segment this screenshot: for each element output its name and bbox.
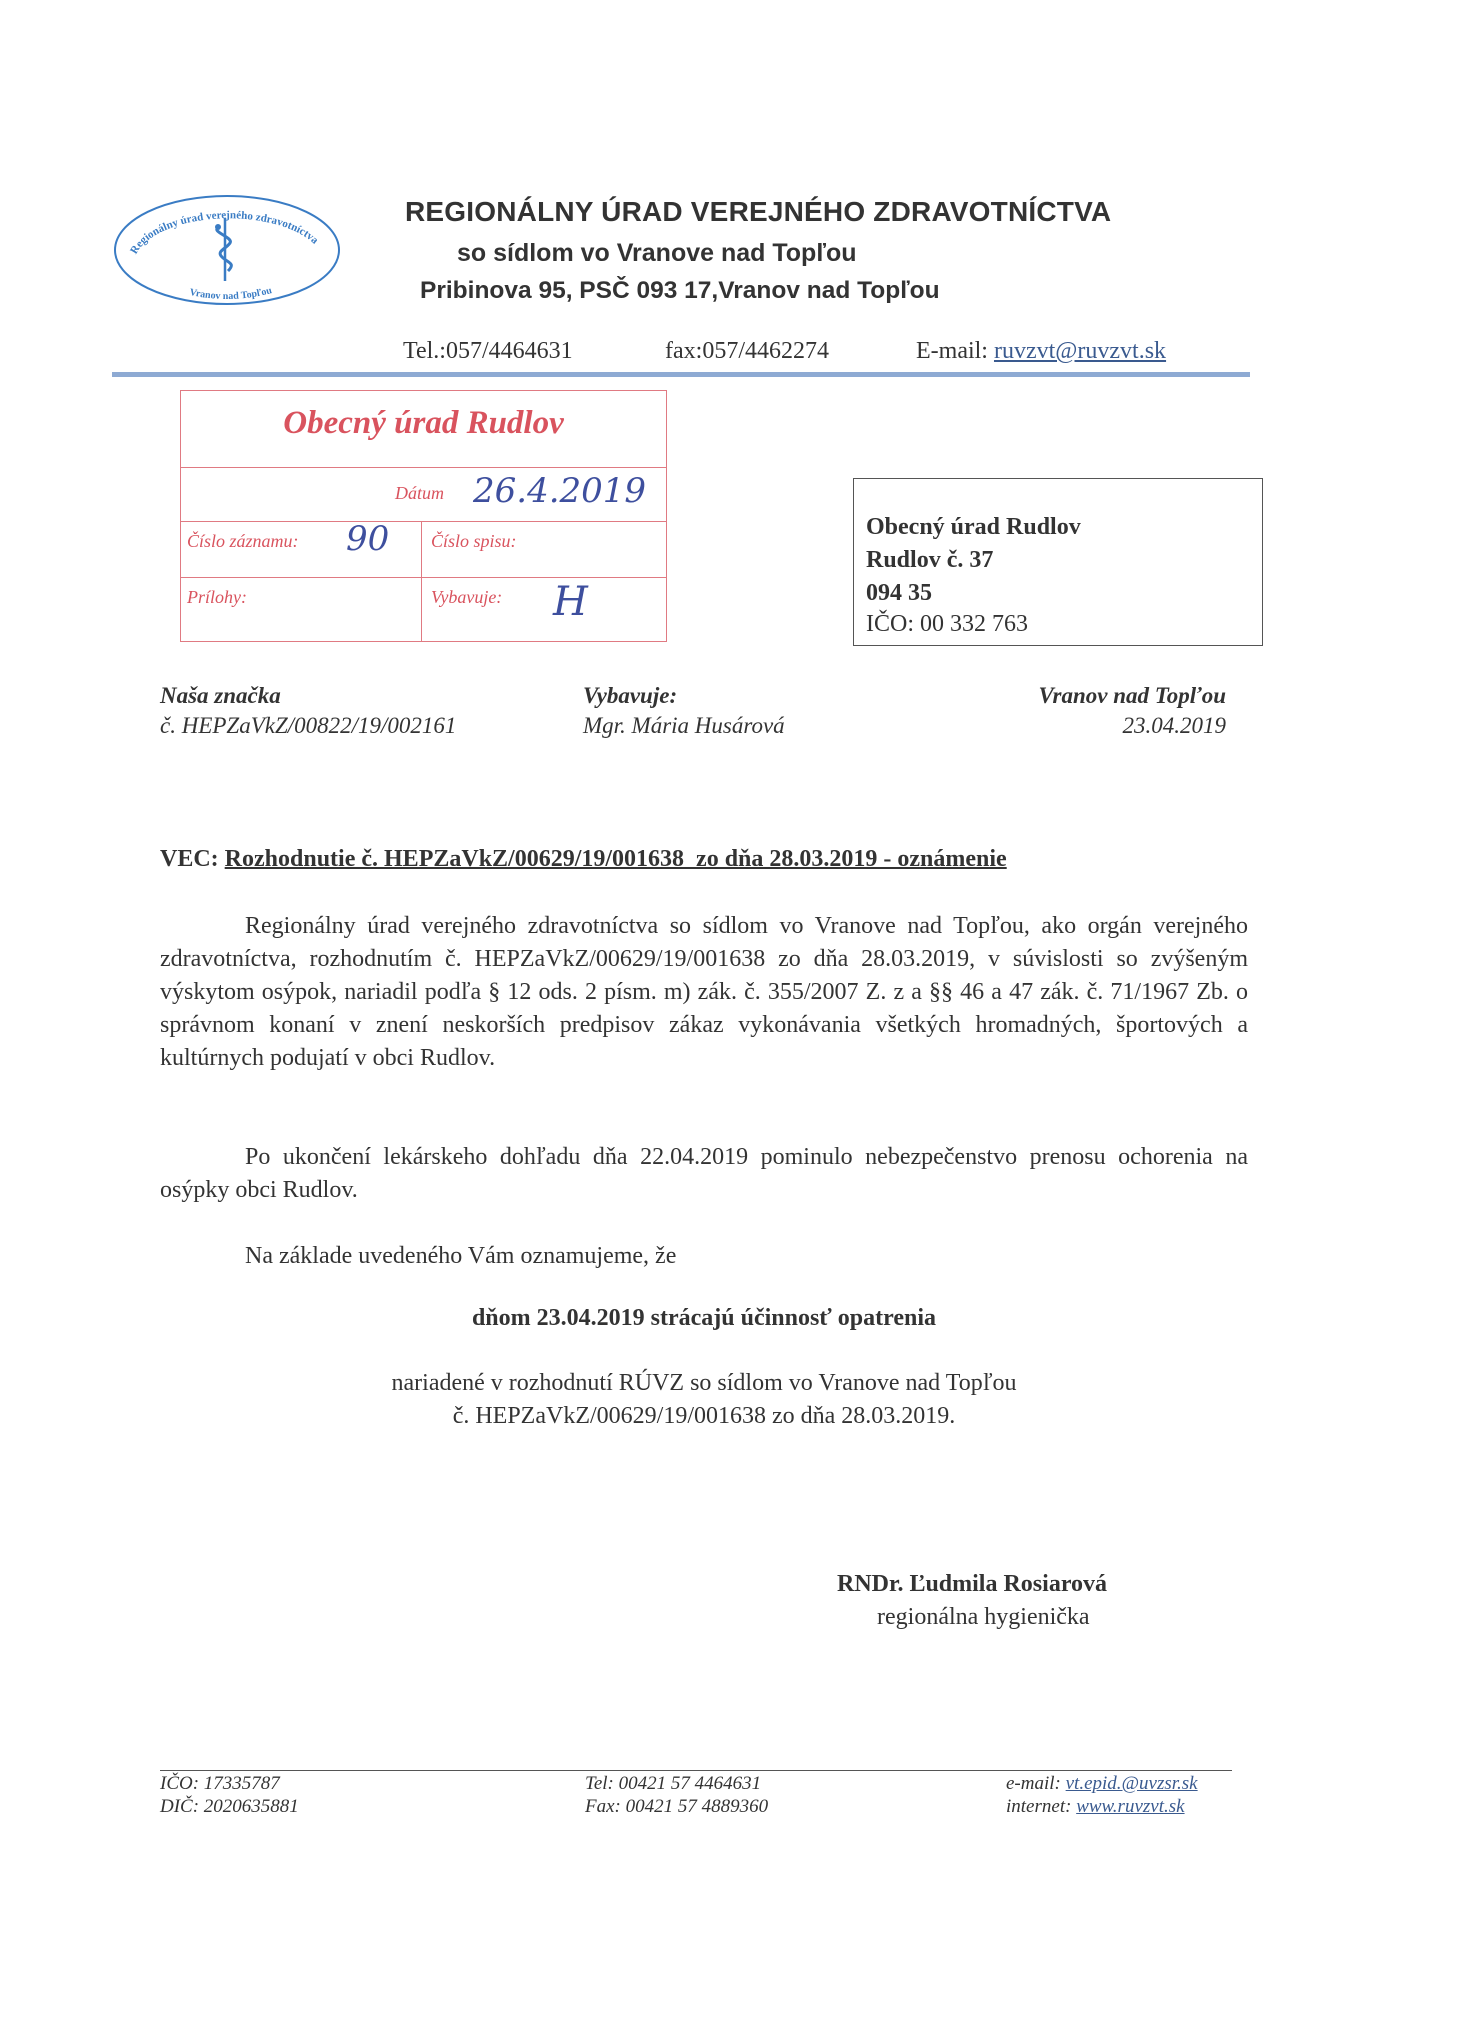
recipient-street: Rudlov č. 37 (866, 547, 993, 574)
recipient-postcode: 094 35 (866, 580, 932, 607)
stamp-divider (421, 521, 422, 641)
subject-text: Rozhodnutie č. HEPZaVkZ/00629/19/001638 … (225, 846, 1007, 872)
footer-ico: IČO: 17335787 (160, 1773, 280, 1795)
footer-tel: Tel: 00421 57 4464631 (585, 1773, 761, 1795)
stamp-handled-initials: H (553, 579, 588, 625)
body-closing-2: č. HEPZaVkZ/00629/19/001638 zo dňa 28.03… (160, 1403, 1248, 1430)
stamp-record-value: 90 (346, 519, 389, 559)
email-label: E-mail: (916, 338, 988, 364)
subject-line: VEC: Rozhodnutie č. HEPZaVkZ/00629/19/00… (160, 846, 1007, 873)
handled-by-value: Mgr. Mária Husárová (583, 713, 785, 739)
footer-divider (160, 1770, 1232, 1771)
stamp-date-label: Dátum (395, 483, 444, 504)
stamp-divider (181, 521, 666, 522)
signatory-title: regionálna hygienička (877, 1604, 1090, 1631)
footer-email-label: e-mail: (1006, 1773, 1061, 1794)
body-paragraph-3: Na základe uvedeného Vám oznamujeme, že (160, 1240, 1248, 1273)
footer-internet-link[interactable]: www.ruvzvt.sk (1076, 1796, 1184, 1817)
signatory-name: RNDr. Ľudmila Rosiarová (837, 1571, 1107, 1598)
stamp-record-label: Číslo záznamu: (187, 531, 299, 552)
stamp-attachments-label: Prílohy: (187, 587, 247, 608)
header-fax: fax:057/4462274 (665, 338, 829, 365)
footer-dic: DIČ: 2020635881 (160, 1796, 299, 1818)
footer-email: e-mail: vt.epid.@uvzsr.sk (1006, 1773, 1198, 1795)
org-address: Pribinova 95, PSČ 093 17,Vranov nad Topľ… (420, 277, 940, 305)
recipient-name: Obecný úrad Rudlov (866, 514, 1081, 541)
footer-email-link[interactable]: vt.epid.@uvzsr.sk (1066, 1773, 1198, 1794)
header-tel: Tel.:057/4464631 (403, 338, 573, 365)
stamp-divider (181, 467, 666, 468)
header-divider (112, 372, 1250, 377)
email-link[interactable]: ruvzvt@ruvzvt.sk (994, 338, 1166, 364)
stamp-date-value: 26.4.2019 (473, 471, 646, 511)
caduceus-icon: Regionálny úrad verejného zdravotníctva … (112, 193, 342, 307)
institution-logo: Regionálny úrad verejného zdravotníctva … (112, 193, 342, 307)
body-emphasis: dňom 23.04.2019 strácajú účinnosť opatre… (160, 1305, 1248, 1332)
our-ref-label: Naša značka (160, 683, 281, 709)
stamp-file-label: Číslo spisu: (431, 531, 517, 552)
subject-label: VEC: (160, 846, 219, 872)
recipient-ico: IČO: 00 332 763 (866, 611, 1028, 638)
header-email: E-mail: ruvzvt@ruvzvt.sk (916, 338, 1166, 365)
footer-internet-label: internet: (1006, 1796, 1071, 1817)
body-paragraph-1: Regionálny úrad verejného zdravotníctva … (160, 910, 1248, 1075)
registry-stamp: Obecný úrad Rudlov Dátum 26.4.2019 Číslo… (180, 390, 667, 642)
recipient-address: Obecný úrad Rudlov Rudlov č. 37 094 35 I… (853, 478, 1263, 646)
footer-fax: Fax: 00421 57 4889360 (585, 1796, 768, 1818)
svg-text:Vranov nad Topľou: Vranov nad Topľou (189, 285, 274, 302)
place: Vranov nad Topľou (1038, 683, 1226, 709)
body-closing-1: nariadené v rozhodnutí RÚVZ so sídlom vo… (160, 1370, 1248, 1397)
body-paragraph-2: Po ukončení lekárskeho dohľadu dňa 22.04… (160, 1141, 1248, 1207)
handled-by-label: Vybavuje: (583, 683, 677, 709)
our-ref-value: č. HEPZaVkZ/00822/19/002161 (160, 713, 456, 739)
stamp-divider (181, 577, 666, 578)
letter-date: 23.04.2019 (1123, 713, 1227, 739)
stamp-title: Obecný úrad Rudlov (181, 405, 666, 442)
footer-internet: internet: www.ruvzvt.sk (1006, 1796, 1185, 1818)
stamp-handled-label: Vybavuje: (431, 587, 502, 608)
org-name: REGIONÁLNY ÚRAD VEREJNÉHO ZDRAVOTNÍCTVA (405, 196, 1111, 228)
org-seat: so sídlom vo Vranove nad Topľou (457, 239, 857, 268)
